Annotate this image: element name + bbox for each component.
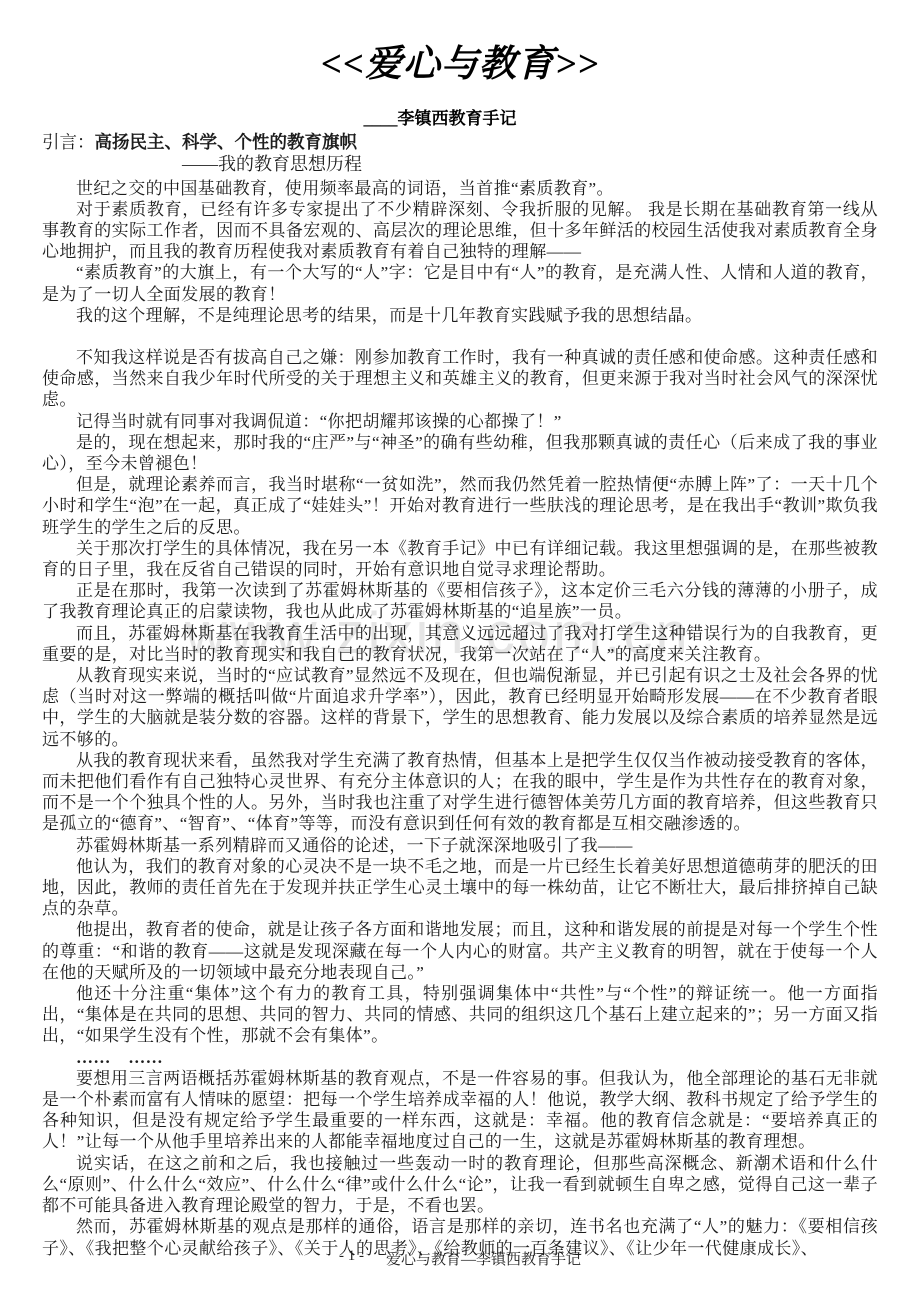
byline: ____李镇西教育手记: [22, 104, 858, 129]
intro-heading: 高扬民主、科学、个性的教育旗帜: [95, 132, 358, 152]
paragraph: 记得当时就有同事对我调侃道：“你把胡耀邦该操的心都操了！”: [42, 411, 878, 432]
footer-title: 爱心与教育—李镇西教育手记: [386, 1248, 581, 1269]
document-content: <<爱心与教育>> ____李镇西教育手记 引言：高扬民主、科学、个性的教育旗帜…: [0, 0, 920, 1259]
page-footer: - 1 - 爱心与教育—李镇西教育手记: [0, 1248, 920, 1269]
intro-label: 引言：: [42, 132, 95, 152]
paragraph: 正是在那时，我第一次读到了苏霍姆林斯基的《要相信孩子》，这本定价三毛六分钱的薄薄…: [42, 580, 878, 622]
paragraph: 但是，就理论素养而言，我当时堪称“一贫如洗”，然而我仍然凭着一腔热情便“赤膊上阵…: [42, 474, 878, 538]
paragraph: 不知我这样说是否有拔高自己之嫌：刚参加教育工作时，我有一种真诚的责任感和使命感。…: [42, 347, 878, 411]
paragraph: 他提出，教育者的使命，就是让孩子各方面和谐地发展；而且，这种和谐发展的前提是对每…: [42, 919, 878, 983]
document-title: <<爱心与教育>>: [42, 44, 878, 87]
paragraph: 是的，现在想起来，那时我的“庄严”与“神圣”的确有些幼稚，但我那颗真诚的责任心（…: [42, 432, 878, 474]
paragraph: 他还十分注重“集体”这个有力的教育工具，特别强调集体中“共性”与“个性”的辩证统…: [42, 983, 878, 1047]
paragraph: 而且，苏霍姆林斯基在我教育生活中的出现，其意义远远超过了我对打学生这种错误行为的…: [42, 623, 878, 665]
paragraph: “素质教育”的大旗上，有一个大写的“人”字：它是目中有“人”的教育，是充满人性、…: [42, 262, 878, 304]
paragraph: 关于那次打学生的具体情况，我在另一本《教育手记》中已有详细记载。我这里想强调的是…: [42, 538, 878, 580]
paragraph: 要想用三言两语概括苏霍姆林斯基的教育观点，不是一件容易的事。但我认为，他全部理论…: [42, 1068, 878, 1153]
paragraph: 苏霍姆林斯基一系列精辟而又通俗的论述，一下子就深深地吸引了我——: [42, 835, 878, 856]
paragraph: 从教育现实来说，当时的“应试教育”显然远不及现在，但也端倪渐显，并已引起有识之士…: [42, 665, 878, 750]
ellipsis-line: …… ……: [42, 1047, 878, 1068]
body-text: 世纪之交的中国基础教育，使用频率最高的词语，当首推“素质教育”。 对于素质教育，…: [42, 178, 878, 1259]
paragraph: 从我的教育现状来看，虽然我对学生充满了教育热情，但基本上是把学生仅仅当作被动接受…: [42, 750, 878, 835]
paragraph: 我的这个理解，不是纯理论思考的结果，而是十几年教育实践赋予我的思想结晶。: [42, 305, 878, 326]
intro-subheading: ——我的教育思想历程: [182, 153, 878, 175]
paragraph: 世纪之交的中国基础教育，使用频率最高的词语，当首推“素质教育”。: [42, 178, 878, 199]
document-page: <<爱心与教育>> ____李镇西教育手记 引言：高扬民主、科学、个性的教育旗帜…: [0, 0, 920, 1302]
intro-line: 引言：高扬民主、科学、个性的教育旗帜: [42, 131, 878, 153]
paragraph: 说实话，在这之前和之后，我也接触过一些轰动一时的教育理论，但那些高深概念、新潮术…: [42, 1153, 878, 1217]
paragraph: 他认为，我们的教育对象的心灵决不是一块不毛之地，而是一片已经生长着美好思想道德萌…: [42, 856, 878, 920]
paragraph: 对于素质教育，已经有许多专家提出了不少精辟深刻、令我折服的见解。 我是长期在基础…: [42, 199, 878, 263]
page-number: - 1 -: [339, 1248, 364, 1269]
